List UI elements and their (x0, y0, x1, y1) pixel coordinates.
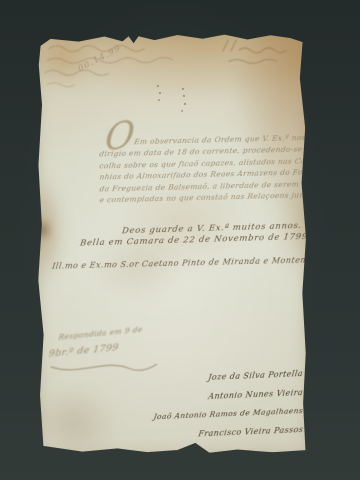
marginal-note-date: 9br.º de 1799 (48, 342, 119, 360)
marginal-note-flourish (49, 360, 159, 375)
photograph-of-manuscript: 00.14.99 O Em observancia da Ordem que V… (0, 0, 360, 480)
bleedthrough-script-marks-right (219, 35, 299, 66)
stain-top-band (22, 19, 323, 101)
closing-dateline: Bella em Camara de 22 de Novembro de 179… (79, 232, 312, 249)
marginal-note-line: Respondida em 9 de (58, 325, 143, 342)
pencil-archive-code: 00.14.99 (76, 43, 123, 74)
bleedthrough-script-marks-left (45, 38, 205, 91)
body-line: da Freguezia de Balsemaõ, a liberdade de… (99, 179, 342, 194)
signature: Joaõ Antonio Ramos de Magalhaens (103, 406, 304, 423)
addressee-line: Ill.mo e Ex.mo S.or Caetano Pinto de Mir… (52, 255, 330, 271)
signature: Francisco Vieira Passos (103, 425, 304, 442)
signature: Joze da Silva Portella (102, 369, 303, 386)
signature: Antonio Nunes Vieira (103, 388, 304, 405)
stain-left-dark-spot (32, 217, 52, 243)
manuscript-page: 00.14.99 O Em observancia da Ordem que V… (35, 33, 310, 458)
ink-bleed-dots (153, 82, 193, 116)
